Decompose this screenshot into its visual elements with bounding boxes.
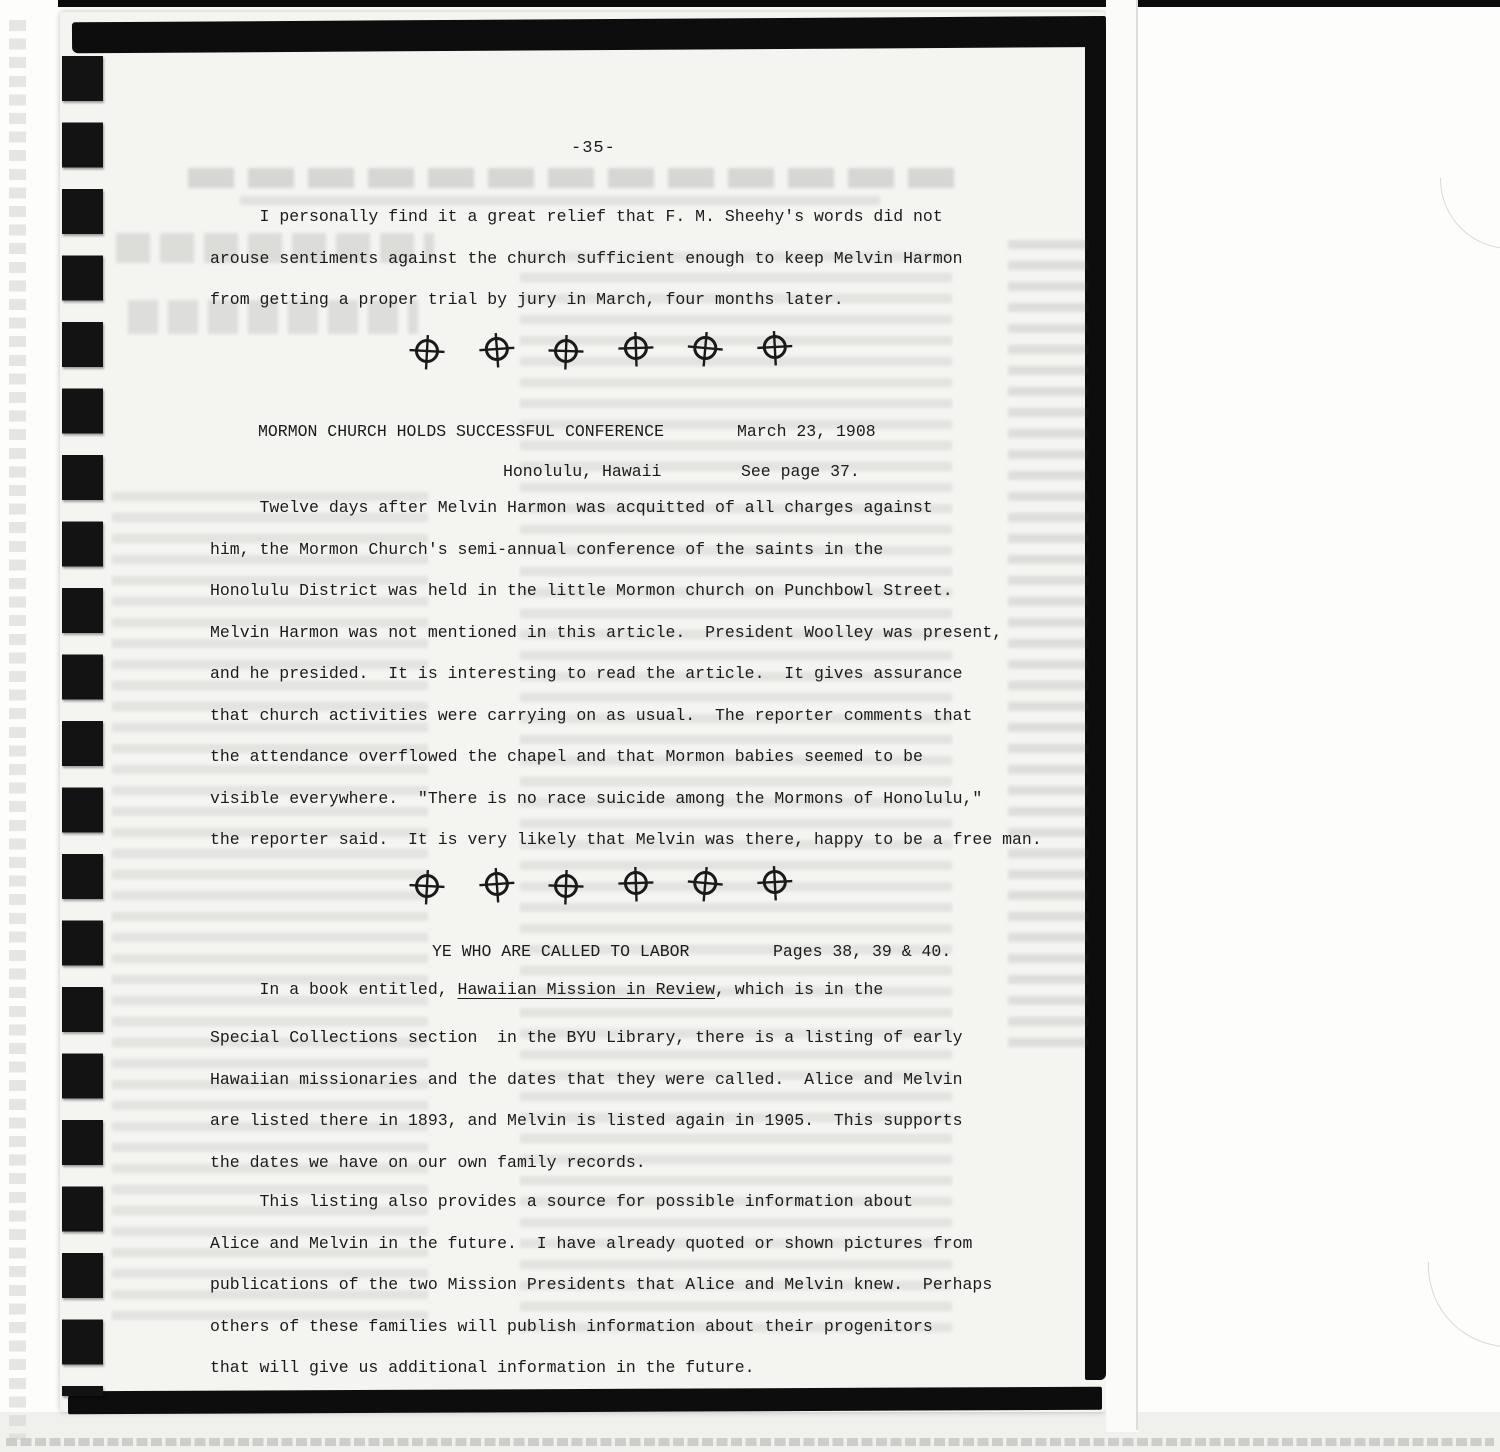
registration-mark-icon <box>547 332 585 370</box>
registration-mark-icon <box>756 332 794 370</box>
article1-title: MORMON CHURCH HOLDS SUCCESSFUL CONFERENC… <box>258 419 664 445</box>
closing-paragraph: This listing also provides a source for … <box>210 1181 1150 1389</box>
intro-paragraph: I personally find it a great relief that… <box>210 196 1150 321</box>
registration-mark-icon <box>617 867 655 905</box>
page-number: -35- <box>571 136 616 162</box>
registration-mark-icon <box>686 867 724 905</box>
book-paragraph-first-line: In a book entitled, Hawaiian Mission in … <box>210 977 883 1003</box>
registration-mark-icon <box>408 332 446 370</box>
registration-mark-icon <box>617 332 655 370</box>
registration-mark-icon <box>478 332 516 370</box>
section-divider <box>408 331 794 371</box>
conference-paragraph: Twelve days after Melvin Harmon was acqu… <box>210 487 1150 861</box>
article1-date: March 23, 1908 <box>737 419 876 445</box>
book-title-underlined: Hawaiian Mission in Review <box>458 980 715 999</box>
bottom-dashed-comb-edge <box>6 1438 1494 1446</box>
page-top-scan-border <box>72 16 1106 53</box>
book-paragraph-body: Special Collections section in the BYU L… <box>210 1017 1150 1183</box>
registration-mark-icon <box>408 867 446 905</box>
registration-mark-icon <box>686 332 724 370</box>
book-paragraph-lead-out: , which is in the <box>715 980 883 999</box>
registration-mark-icon <box>756 867 794 905</box>
article2-title: YE WHO ARE CALLED TO LABOR <box>432 939 689 965</box>
binding-ring-shadow-column <box>9 20 26 1440</box>
bleed-through-headline <box>188 168 963 188</box>
top-scan-edge <box>58 0 1500 7</box>
below-page-shadow-band <box>0 1412 1500 1452</box>
article1-location: Honolulu, Hawaii <box>503 459 661 485</box>
article2-page-reference: Pages 38, 39 & 40. <box>773 939 951 965</box>
section-divider <box>408 866 794 906</box>
registration-mark-icon <box>478 867 516 905</box>
registration-mark-icon <box>547 867 585 905</box>
page-bottom-scan-border <box>68 1387 1102 1415</box>
article1-page-reference: See page 37. <box>741 459 860 485</box>
book-paragraph-lead-in: In a book entitled, <box>210 980 458 999</box>
binding-comb-teeth <box>62 56 103 1396</box>
